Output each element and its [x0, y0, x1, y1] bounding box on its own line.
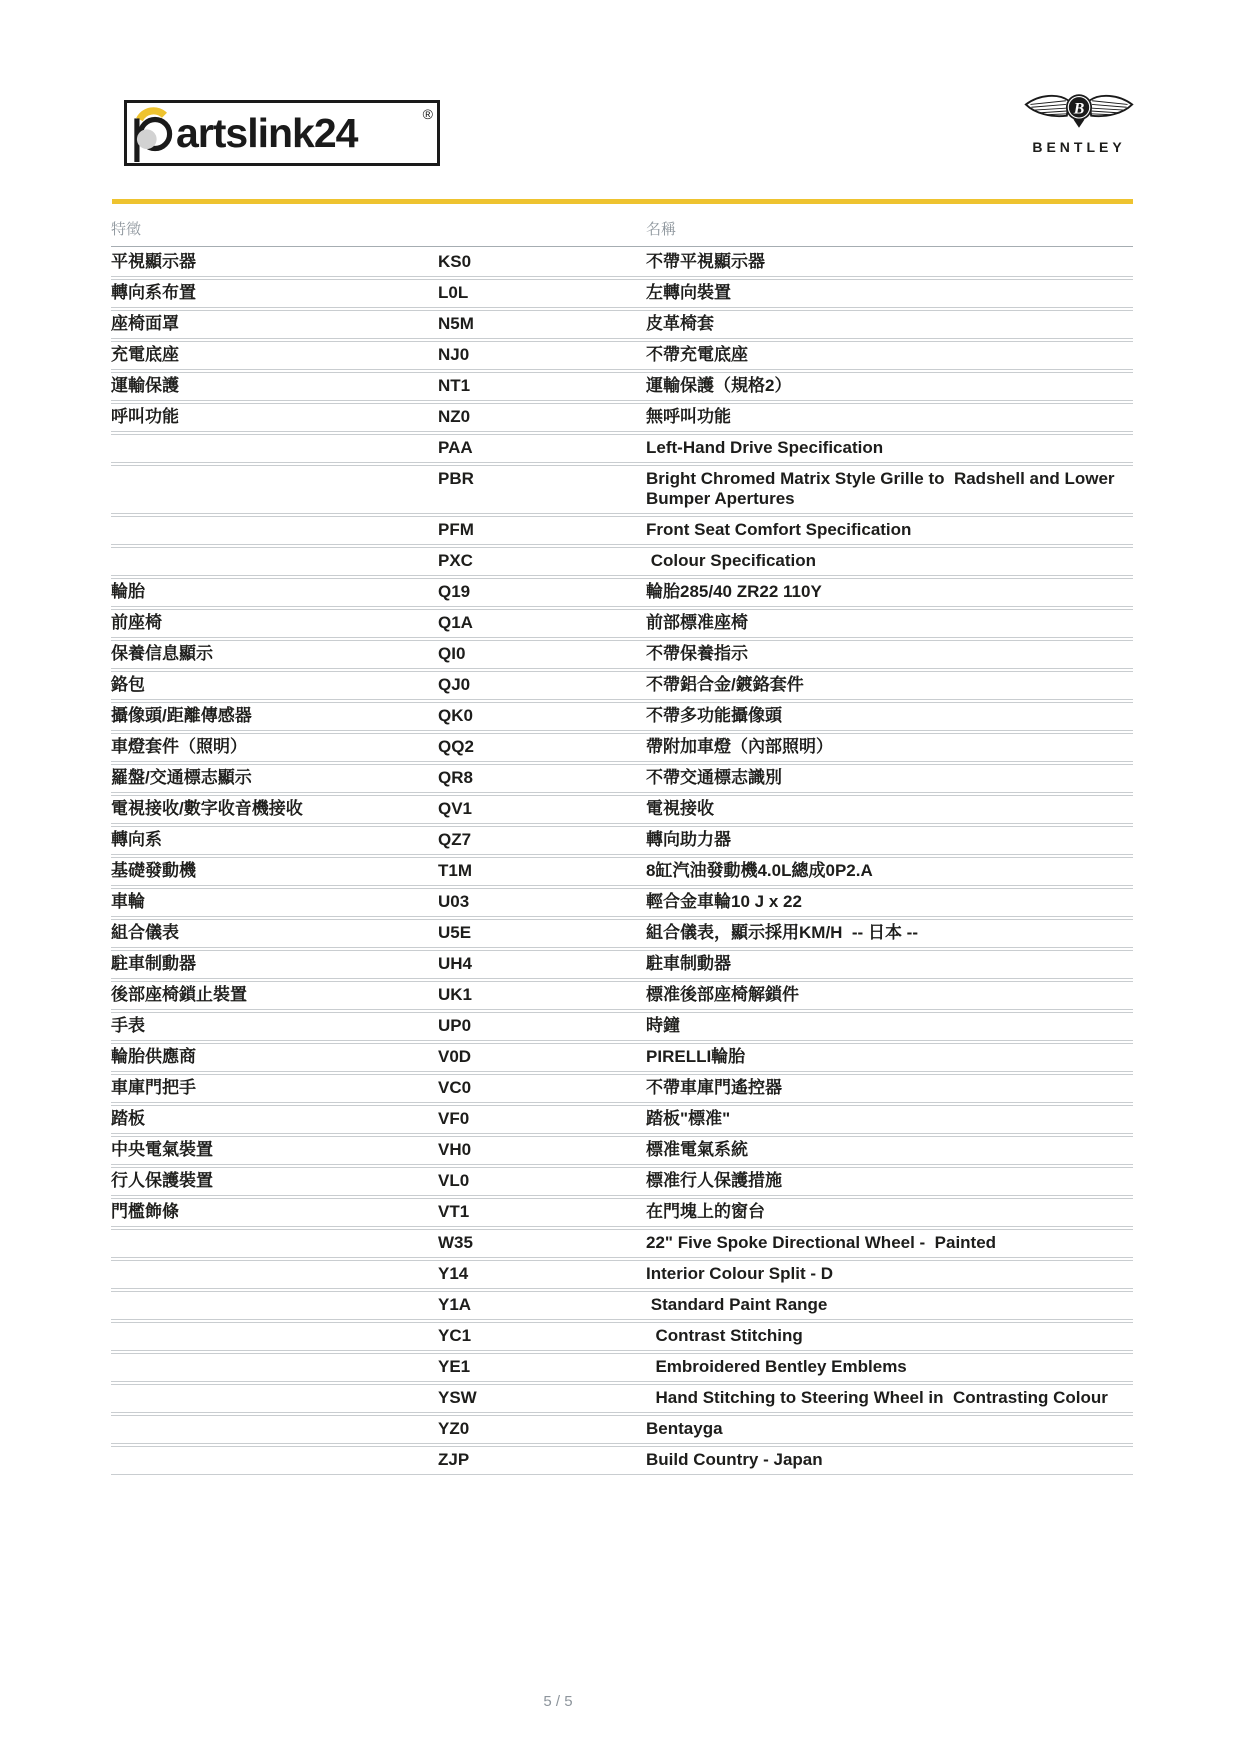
feature-cell: [111, 434, 438, 463]
feature-cell: 手表: [111, 1012, 438, 1041]
spec-table-row: 平視顯示器 KS0 不帶平視顯示器: [111, 249, 1133, 277]
bentley-emblem-letter: B: [1073, 100, 1085, 117]
column-header-feature: 特徵: [111, 216, 646, 247]
name-cell: 標准電氣系統: [646, 1136, 1133, 1165]
partslink-p-icon: [131, 106, 175, 167]
code-cell: UH4: [438, 950, 646, 979]
feature-cell: 鉻包: [111, 671, 438, 700]
spec-table-row: 攝像頭/距離傳感器 QK0 不帶多功能攝像頭: [111, 702, 1133, 731]
spec-table-row: W35 22" Five Spoke Directional Wheel - P…: [111, 1229, 1133, 1258]
code-cell: NZ0: [438, 403, 646, 432]
name-cell: 8缸汽油發動機4.0L總成0P2.A: [646, 857, 1133, 886]
spec-table-row: 轉向系 QZ7 轉向助力器: [111, 826, 1133, 855]
code-cell: QZ7: [438, 826, 646, 855]
spec-table-row: YZ0 Bentayga: [111, 1415, 1133, 1444]
code-cell: U5E: [438, 919, 646, 948]
name-cell: Bright Chromed Matrix Style Grille to Ra…: [646, 465, 1133, 514]
spec-table-row: 中央電氣裝置 VH0 標准電氣系統: [111, 1136, 1133, 1165]
code-cell: UK1: [438, 981, 646, 1010]
feature-cell: [111, 547, 438, 576]
name-cell: Bentayga: [646, 1415, 1133, 1444]
name-cell: Standard Paint Range: [646, 1291, 1133, 1320]
feature-cell: 車輪: [111, 888, 438, 917]
name-cell: 不帶充電底座: [646, 341, 1133, 370]
name-cell: 標准行人保護措施: [646, 1167, 1133, 1196]
registered-trademark-symbol: ®: [423, 106, 433, 122]
spec-table-row: 運輸保護 NT1 運輸保護（規格2）: [111, 372, 1133, 401]
spec-table-row: PBR Bright Chromed Matrix Style Grille t…: [111, 465, 1133, 514]
column-header-name: 名稱: [646, 216, 1133, 247]
feature-cell: [111, 516, 438, 545]
feature-cell: 前座椅: [111, 609, 438, 638]
accent-divider: [112, 199, 1133, 204]
name-cell: 皮革椅套: [646, 310, 1133, 339]
feature-cell: 電視接收/數字收音機接收: [111, 795, 438, 824]
code-cell: QJ0: [438, 671, 646, 700]
spec-table-row: 後部座椅鎖止裝置 UK1 標准後部座椅解鎖件: [111, 981, 1133, 1010]
spec-table-row: 前座椅 Q1A 前部標准座椅: [111, 609, 1133, 638]
code-cell: PAA: [438, 434, 646, 463]
spec-table-row: 電視接收/數字收音機接收 QV1 電視接收: [111, 795, 1133, 824]
feature-cell: [111, 465, 438, 514]
code-cell: QK0: [438, 702, 646, 731]
name-cell: Contrast Stitching: [646, 1322, 1133, 1351]
feature-cell: [111, 1260, 438, 1289]
spec-table-row: 充電底座 NJ0 不帶充電底座: [111, 341, 1133, 370]
code-cell: QR8: [438, 764, 646, 793]
name-cell: 22" Five Spoke Directional Wheel - Paint…: [646, 1229, 1133, 1258]
name-cell: Colour Specification: [646, 547, 1133, 576]
code-cell: VF0: [438, 1105, 646, 1134]
feature-cell: [111, 1229, 438, 1258]
name-cell: 無呼叫功能: [646, 403, 1133, 432]
name-cell: 踏板"標准": [646, 1105, 1133, 1134]
name-cell: 駐車制動器: [646, 950, 1133, 979]
name-cell: 輕合金車輪10 J x 22: [646, 888, 1133, 917]
code-cell: YSW: [438, 1384, 646, 1413]
document-page: artslink24 ® B B: [0, 0, 1241, 1754]
spec-table-row: 駐車制動器 UH4 駐車制動器: [111, 950, 1133, 979]
name-cell: 不帶鋁合金/鍍鉻套件: [646, 671, 1133, 700]
name-cell: Interior Colour Split - D: [646, 1260, 1133, 1289]
feature-cell: [111, 1415, 438, 1444]
name-cell: 組合儀表，顯示採用KM/H -- 日本 --: [646, 919, 1133, 948]
spec-table-row: YSW Hand Stitching to Steering Wheel in …: [111, 1384, 1133, 1413]
feature-cell: 羅盤/交通標志顯示: [111, 764, 438, 793]
feature-cell: 車燈套件（照明）: [111, 733, 438, 762]
name-cell: 標准後部座椅解鎖件: [646, 981, 1133, 1010]
code-cell: U03: [438, 888, 646, 917]
code-cell: N5M: [438, 310, 646, 339]
code-cell: Q1A: [438, 609, 646, 638]
feature-cell: [111, 1291, 438, 1320]
feature-cell: 運輸保護: [111, 372, 438, 401]
spec-table-row: 輪胎 Q19 輪胎285/40 ZR22 110Y: [111, 578, 1133, 607]
bentley-wings-icon: B: [1023, 119, 1135, 136]
feature-cell: 攝像頭/距離傳感器: [111, 702, 438, 731]
spec-table-row: YE1 Embroidered Bentley Emblems: [111, 1353, 1133, 1382]
spec-table-row: 輪胎供應商 V0D PIRELLI輪胎: [111, 1043, 1133, 1072]
code-cell: Y1A: [438, 1291, 646, 1320]
spec-table-row: YC1 Contrast Stitching: [111, 1322, 1133, 1351]
feature-cell: 行人保護裝置: [111, 1167, 438, 1196]
name-cell: Build Country - Japan: [646, 1446, 1133, 1475]
name-cell: Hand Stitching to Steering Wheel in Cont…: [646, 1384, 1133, 1413]
feature-cell: [111, 1322, 438, 1351]
name-cell: PIRELLI輪胎: [646, 1043, 1133, 1072]
code-cell: Q19: [438, 578, 646, 607]
spec-table-header-row: 特徵 名稱: [111, 216, 1133, 247]
name-cell: Front Seat Comfort Specification: [646, 516, 1133, 545]
feature-cell: 充電底座: [111, 341, 438, 370]
feature-cell: 輪胎: [111, 578, 438, 607]
spec-table-row: 保養信息顯示 QI0 不帶保養指示: [111, 640, 1133, 669]
name-cell: 帶附加車燈（內部照明）: [646, 733, 1133, 762]
name-cell: 左轉向裝置: [646, 279, 1133, 308]
feature-cell: [111, 1353, 438, 1382]
partslink24-wordmark: artslink24: [176, 113, 357, 154]
name-cell: 電視接收: [646, 795, 1133, 824]
feature-cell: 座椅面罩: [111, 310, 438, 339]
code-cell: NJ0: [438, 341, 646, 370]
spec-table-row: 車燈套件（照明） QQ2 帶附加車燈（內部照明）: [111, 733, 1133, 762]
code-cell: Y14: [438, 1260, 646, 1289]
bentley-brand-text: BENTLEY: [1023, 139, 1135, 155]
spec-table-row: PAA Left-Hand Drive Specification: [111, 434, 1133, 463]
spec-table-row: 車輪 U03 輕合金車輪10 J x 22: [111, 888, 1133, 917]
spec-table-row: 手表 UP0 時鐘: [111, 1012, 1133, 1041]
code-cell: PXC: [438, 547, 646, 576]
name-cell: 轉向助力器: [646, 826, 1133, 855]
name-cell: 不帶平視顯示器: [646, 249, 1133, 277]
page-number: 5 / 5: [518, 1693, 598, 1710]
code-cell: T1M: [438, 857, 646, 886]
spec-table: 特徵 名稱 平視顯示器 KS0 不帶平視顯示器 轉向系布置 L0L 左轉向裝置 …: [111, 214, 1133, 1477]
code-cell: L0L: [438, 279, 646, 308]
spec-table-row: Y1A Standard Paint Range: [111, 1291, 1133, 1320]
feature-cell: 後部座椅鎖止裝置: [111, 981, 438, 1010]
code-cell: VL0: [438, 1167, 646, 1196]
code-cell: UP0: [438, 1012, 646, 1041]
name-cell: 前部標准座椅: [646, 609, 1133, 638]
code-cell: V0D: [438, 1043, 646, 1072]
feature-cell: [111, 1384, 438, 1413]
spec-table-row: 踏板 VF0 踏板"標准": [111, 1105, 1133, 1134]
feature-cell: 保養信息顯示: [111, 640, 438, 669]
name-cell: 不帶車庫門遙控器: [646, 1074, 1133, 1103]
spec-table-row: Y14 Interior Colour Split - D: [111, 1260, 1133, 1289]
name-cell: 輪胎285/40 ZR22 110Y: [646, 578, 1133, 607]
code-cell: KS0: [438, 249, 646, 277]
feature-cell: 呼叫功能: [111, 403, 438, 432]
code-cell: YZ0: [438, 1415, 646, 1444]
code-cell: PBR: [438, 465, 646, 514]
feature-cell: 轉向系布置: [111, 279, 438, 308]
spec-table-row: 座椅面罩 N5M 皮革椅套: [111, 310, 1133, 339]
spec-table-row: 車庫門把手 VC0 不帶車庫門遙控器: [111, 1074, 1133, 1103]
code-cell: VH0: [438, 1136, 646, 1165]
spec-table-row: 鉻包 QJ0 不帶鋁合金/鍍鉻套件: [111, 671, 1133, 700]
code-cell: PFM: [438, 516, 646, 545]
spec-table-row: 呼叫功能 NZ0 無呼叫功能: [111, 403, 1133, 432]
spec-table-row: 行人保護裝置 VL0 標准行人保護措施: [111, 1167, 1133, 1196]
spec-table-row: 轉向系布置 L0L 左轉向裝置: [111, 279, 1133, 308]
code-cell: ZJP: [438, 1446, 646, 1475]
spec-table-row: 門檻飾條 VT1 在門塊上的窗台: [111, 1198, 1133, 1227]
spec-table-row: ZJP Build Country - Japan: [111, 1446, 1133, 1475]
spec-table-body: 平視顯示器 KS0 不帶平視顯示器 轉向系布置 L0L 左轉向裝置 座椅面罩 N…: [111, 249, 1133, 1475]
name-cell: 不帶多功能攝像頭: [646, 702, 1133, 731]
code-cell: W35: [438, 1229, 646, 1258]
feature-cell: 門檻飾條: [111, 1198, 438, 1227]
code-cell: QV1: [438, 795, 646, 824]
spec-table-row: PFM Front Seat Comfort Specification: [111, 516, 1133, 545]
feature-cell: 轉向系: [111, 826, 438, 855]
name-cell: Left-Hand Drive Specification: [646, 434, 1133, 463]
spec-table-row: 基礎發動機 T1M 8缸汽油發動機4.0L總成0P2.A: [111, 857, 1133, 886]
name-cell: 運輸保護（規格2）: [646, 372, 1133, 401]
feature-cell: 組合儀表: [111, 919, 438, 948]
spec-table-row: PXC Colour Specification: [111, 547, 1133, 576]
feature-cell: 踏板: [111, 1105, 438, 1134]
feature-cell: 平視顯示器: [111, 249, 438, 277]
feature-cell: 中央電氣裝置: [111, 1136, 438, 1165]
name-cell: Embroidered Bentley Emblems: [646, 1353, 1133, 1382]
feature-cell: 輪胎供應商: [111, 1043, 438, 1072]
code-cell: NT1: [438, 372, 646, 401]
name-cell: 時鐘: [646, 1012, 1133, 1041]
feature-cell: [111, 1446, 438, 1475]
name-cell: 不帶保養指示: [646, 640, 1133, 669]
feature-cell: 車庫門把手: [111, 1074, 438, 1103]
code-cell: YC1: [438, 1322, 646, 1351]
partslink24-logo: artslink24 ®: [124, 100, 440, 166]
code-cell: QI0: [438, 640, 646, 669]
name-cell: 不帶交通標志識別: [646, 764, 1133, 793]
code-cell: VT1: [438, 1198, 646, 1227]
bentley-logo: B BENTLEY: [1023, 90, 1135, 155]
feature-cell: 駐車制動器: [111, 950, 438, 979]
feature-cell: 基礎發動機: [111, 857, 438, 886]
name-cell: 在門塊上的窗台: [646, 1198, 1133, 1227]
spec-table-row: 羅盤/交通標志顯示 QR8 不帶交通標志識別: [111, 764, 1133, 793]
code-cell: YE1: [438, 1353, 646, 1382]
code-cell: VC0: [438, 1074, 646, 1103]
code-cell: QQ2: [438, 733, 646, 762]
spec-table-row: 組合儀表 U5E 組合儀表，顯示採用KM/H -- 日本 --: [111, 919, 1133, 948]
